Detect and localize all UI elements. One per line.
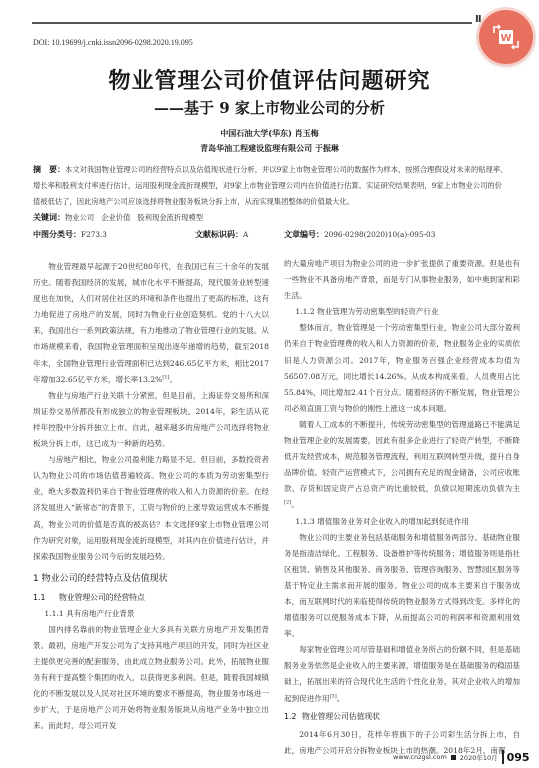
page-footer: www.cnzgsl.com 2020年10月 095 [393, 750, 530, 764]
header-section-tag: Ⅱ [475, 14, 482, 25]
abstract: 摘 要：本文对我国物业管理公司的经营特点以及估值现状进行分析，并以9家上市物业管… [33, 162, 509, 210]
paragraph: 物业管理最早起源于20世纪80年代，在我国已有三十余年的发展历史。随着我国经济的… [33, 259, 269, 388]
divider [502, 750, 504, 764]
document-code: 文献标识码：A [195, 229, 248, 240]
abstract-text: 本文对我国物业管理公司的经营特点以及估值现状进行分析，并以9家上市物业管理公司的… [33, 165, 507, 206]
section-heading-1-1: 1.1物业管理公司的经营特点 [33, 590, 269, 606]
author-1: 中国石油大学(华东) 肖玉梅 [0, 128, 539, 139]
paragraph: 每家物业管理公司尽管基础和增值业务所占的份额不同，但是基础服务业务依然是企业收入… [284, 642, 520, 706]
wps-convert-icon: W [490, 21, 522, 53]
header-rule [32, 22, 472, 24]
subsection-heading-1-1-2: 1.1.2 物业管理为劳动密集型的轻资产行业 [284, 304, 520, 320]
keyword: 股利现金流折现模型 [137, 213, 203, 222]
paragraph: 整体而言，物业管理是一个劳动密集型行业，物业公司大部分盈利仍来自于物业管理费的收… [284, 320, 520, 417]
wps-convert-button[interactable]: W [479, 10, 533, 64]
page-number: 095 [507, 751, 530, 764]
keyword: 物业公司 [65, 213, 94, 222]
section-heading-1: 1 物业公司的经营特点及估值现状 [33, 572, 269, 586]
left-column: 物业管理最早起源于20世纪80年代，在我国已有三十余年的发展历史。随着我国经济的… [33, 259, 269, 735]
paragraph: 随着人工成本的不断提升，传统劳动密集型的管理道路已不能满足物业管理企业的发展需要… [284, 417, 520, 514]
clc-number: 中图分类号：F273.3 [33, 229, 107, 240]
paper-subtitle: ——基于 9 家上市物业公司的分析 [0, 97, 539, 118]
article-number: 文章编号：2096-0298(2020)10(a)-095-03 [284, 229, 435, 240]
doi: DOI: 10.19699/j.cnki.issn2096-0298.2020.… [33, 38, 193, 47]
right-column: 的大量房地产项目为物业公司的进一步扩张提供了重要资源。但是也有一些物业不具备房地… [284, 256, 520, 759]
footer-website: www.cnzgsl.com [393, 753, 447, 761]
square-bullet-icon [451, 755, 456, 760]
abstract-label: 摘 要： [33, 165, 65, 174]
subsection-heading-1-1-3: 1.1.3 增值服务业务对企业收入的增加起到促进作用 [284, 514, 520, 530]
paragraph: 物业与房地产行业关联十分紧密，但是目前，上海证券交易所和深圳证券交易所都没有形成… [33, 388, 269, 452]
paper-title: 物业管理公司价值评估问题研究 [0, 64, 539, 95]
keywords: 关键词：物业公司企业价值股利现金流折现模型 [33, 212, 210, 223]
paragraph: 与房地产相比，物业公司盈利能力略显不足。但目前，多数投资者认为物业公司的市场估值… [33, 452, 269, 565]
paragraph: 国内排名靠前的物业管理企业大多具有关联方房地产开发集团背景。最初，房地产开发公司… [33, 622, 269, 735]
footer-date: 2020年10月 [460, 753, 498, 762]
keywords-label: 关键词： [33, 213, 65, 222]
subsection-heading-1-1-1: 1.1.1 具有房地产行业背景 [33, 606, 269, 622]
paragraph: 的大量房地产项目为物业公司的进一步扩张提供了重要资源。但是也有一些物业不具备房地… [284, 256, 520, 304]
author-2: 青岛华油工程建设监理有限公司 于振琳 [0, 143, 539, 154]
section-heading-1-2: 1.2物业管理公司估值现状 [284, 709, 520, 725]
keyword: 企业价值 [101, 213, 130, 222]
paragraph: 物业公司的主要业务包括基础服务和增值服务两部分。基础物业服务是指清洁绿化、工程服… [284, 530, 520, 643]
svg-text:W: W [500, 33, 511, 44]
